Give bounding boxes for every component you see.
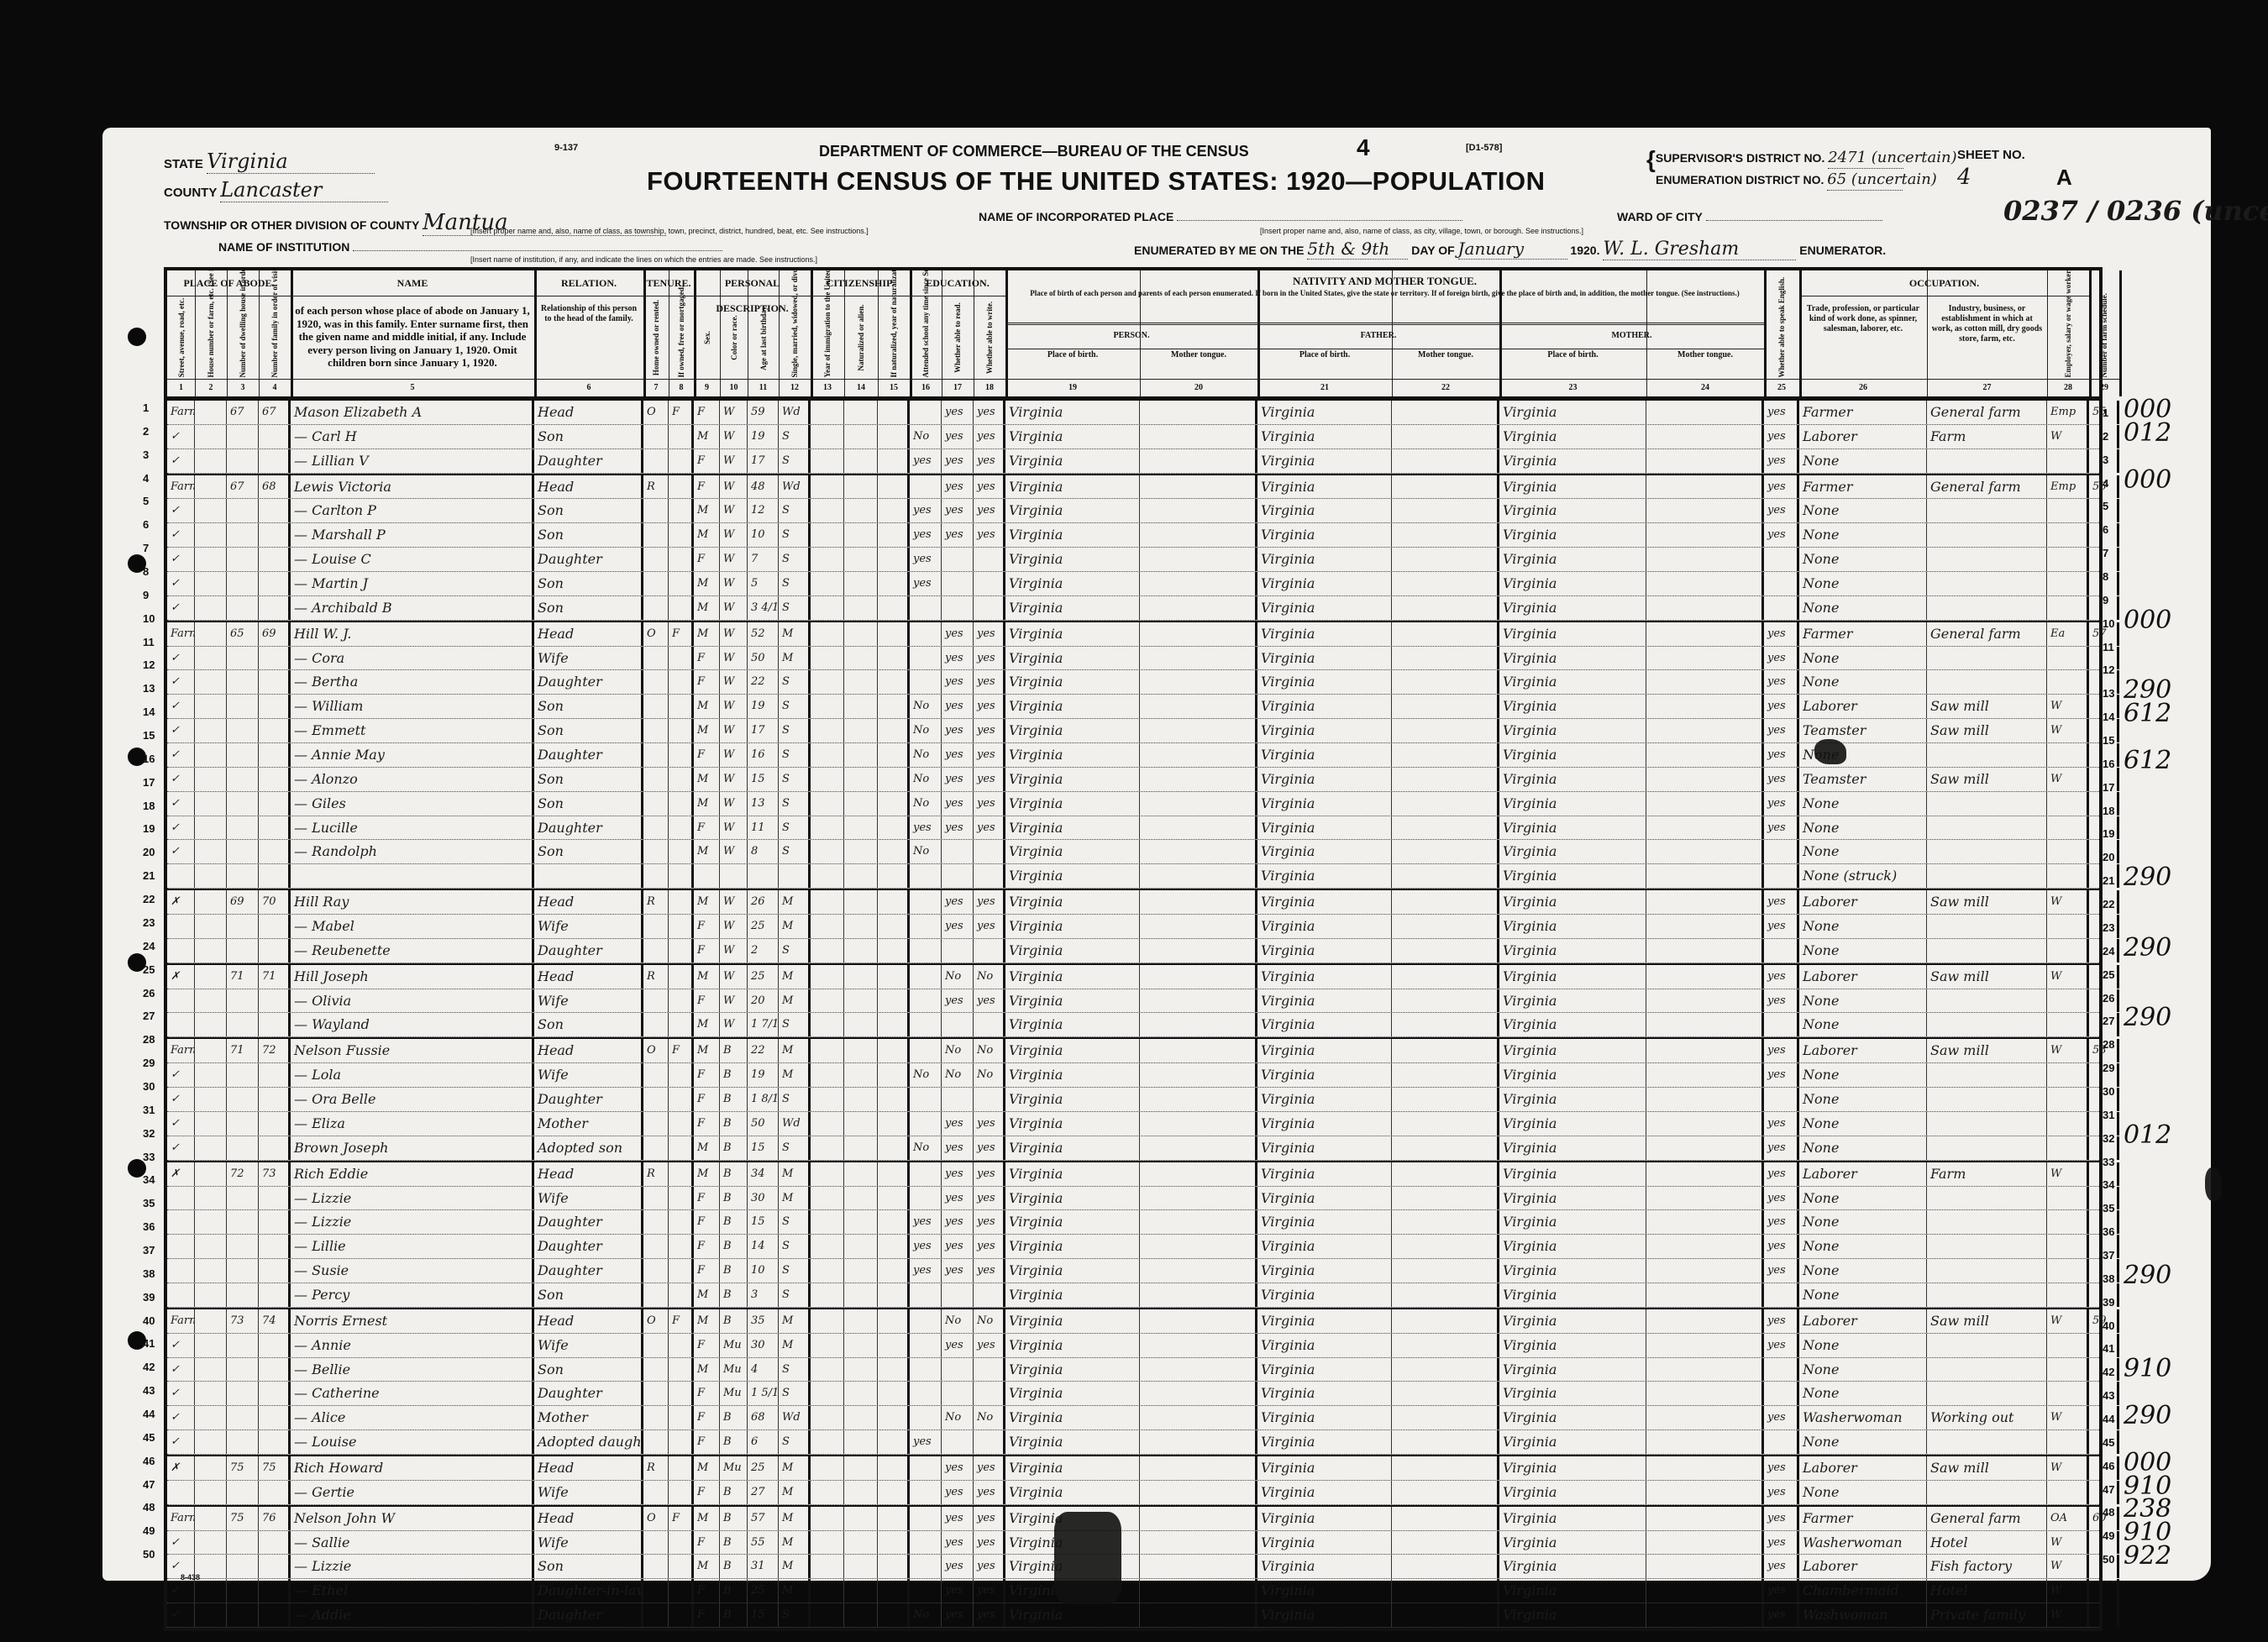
- cell-read: yes: [942, 1507, 974, 1530]
- cell-write: [974, 596, 1005, 620]
- cell-nat: [844, 989, 878, 1013]
- cell-write: No: [974, 1309, 1005, 1333]
- cell-free: [669, 1259, 694, 1283]
- cell-read: yes: [942, 1136, 974, 1160]
- cell-nat: [844, 1039, 878, 1062]
- cell-mbpt: [1646, 743, 1764, 767]
- line-number-right: 46: [2103, 1460, 2114, 1472]
- cell-ind: Saw mill: [1927, 695, 2047, 718]
- cell-eng: yes: [1764, 816, 1799, 840]
- cell-ind: [1927, 816, 2047, 840]
- cell-race: B: [720, 1309, 748, 1333]
- cell-school: [910, 1358, 942, 1382]
- cell-bp: Virginia: [1005, 989, 1140, 1013]
- cell-ms: S: [779, 1210, 811, 1234]
- cell-nat: [844, 1235, 878, 1258]
- cell-cls: [2047, 572, 2089, 595]
- cell-sex: M: [694, 1283, 720, 1307]
- cell-rel: Wife: [534, 1063, 643, 1087]
- cell-fbp: Virginia: [1257, 499, 1392, 522]
- cell-own: O: [643, 1507, 669, 1530]
- cell-free: [669, 449, 694, 473]
- cell-name: — Emmett: [291, 719, 534, 742]
- cell-age: 1 5/12: [748, 1382, 779, 1405]
- cell-school: yes: [910, 1430, 942, 1454]
- cell-street: ✓: [167, 1136, 195, 1160]
- cell-street: ✓: [167, 1358, 195, 1382]
- cell-nat: [844, 670, 878, 694]
- table-row: ✓— LolaWifeFB19MNoNoNoVirginiaVirginiaVi…: [167, 1063, 2099, 1088]
- cell-sex: F: [694, 1088, 720, 1111]
- cell-family: [227, 1088, 259, 1111]
- cell-bp: Virginia: [1005, 401, 1140, 424]
- cell-ind: [1927, 864, 2047, 888]
- cell-street: Farm: [167, 622, 195, 646]
- table-row: ✗7171Hill JosephHeadRMW25MNoNoVirginiaVi…: [167, 963, 2099, 989]
- ward-field: WARD OF CITY: [1617, 210, 1882, 223]
- cell-ind: [1927, 1481, 2047, 1504]
- enumerated-month: January: [1458, 239, 1567, 260]
- cell-family: 72: [227, 1162, 259, 1186]
- cell-bpt: [1140, 1136, 1257, 1160]
- cell-bpt: [1140, 622, 1257, 646]
- line-number-left: 35: [143, 1197, 155, 1209]
- cell-naty: [878, 840, 910, 863]
- line-number-left: 28: [143, 1033, 155, 1046]
- cell-school: [910, 1283, 942, 1307]
- cell-nat: [844, 647, 878, 670]
- column-label: Whether able to read.: [953, 298, 962, 378]
- cell-read: yes: [942, 449, 974, 473]
- cell-street: [167, 989, 195, 1013]
- cell-ind: Farm: [1927, 425, 2047, 449]
- cell-rel: Head: [534, 1162, 643, 1186]
- cell-name: — Reubenette: [291, 939, 534, 963]
- cell-occ: Farmer: [1799, 475, 1927, 499]
- cell-school: No: [910, 719, 942, 742]
- cell-mbp: Virginia: [1499, 548, 1646, 571]
- cell-bp: Virginia: [1005, 1382, 1140, 1405]
- cell-sex: M: [694, 596, 720, 620]
- cell-write: [974, 1358, 1005, 1382]
- cell-rel: Head: [534, 622, 643, 646]
- cell-nat: [844, 1210, 878, 1234]
- cell-name: — Lizzie: [291, 1555, 534, 1578]
- incorporated-label: NAME OF INCORPORATED PLACE: [979, 210, 1173, 223]
- cell-family: [227, 1430, 259, 1454]
- cell-ms: S: [779, 768, 811, 791]
- cell-bpt: [1140, 647, 1257, 670]
- cell-ms: M: [779, 1039, 811, 1062]
- cell-rel: Daughter: [534, 548, 643, 571]
- supervisor-value: 2471 (uncertain): [1828, 148, 1903, 169]
- cell-name: — Marshall P: [291, 523, 534, 547]
- cell-age: 10: [748, 1259, 779, 1283]
- cell-eng: yes: [1764, 425, 1799, 449]
- cell-bpt: [1140, 1013, 1257, 1036]
- cell-ind: [1927, 449, 2047, 473]
- cell-mbp: Virginia: [1499, 939, 1646, 963]
- cell-mbp: Virginia: [1499, 401, 1646, 424]
- cell-bpt: [1140, 1382, 1257, 1405]
- cell-sex: M: [694, 1309, 720, 1333]
- cell-fbpt: [1392, 1579, 1499, 1603]
- cell-eng: yes: [1764, 695, 1799, 718]
- cell-read: yes: [942, 743, 974, 767]
- cell-school: No: [910, 695, 942, 718]
- cell-mbpt: [1646, 1283, 1764, 1307]
- cell-ms: Wd: [779, 1406, 811, 1430]
- cell-ms: S: [779, 939, 811, 963]
- cell-imm: [811, 1259, 844, 1283]
- cell-nat: [844, 719, 878, 742]
- cell-imm: [811, 647, 844, 670]
- cell-mbpt: [1646, 1136, 1764, 1160]
- cell-own: [643, 572, 669, 595]
- cell-house: [195, 1235, 227, 1258]
- cell-name: — Gertie: [291, 1481, 534, 1504]
- cell-bp: Virginia: [1005, 719, 1140, 742]
- cell-house: [195, 1358, 227, 1382]
- cell-imm: [811, 1358, 844, 1382]
- cell-nat: [844, 548, 878, 571]
- cell-school: [910, 1481, 942, 1504]
- cell-fbp: Virginia: [1257, 425, 1392, 449]
- cell-bpt: [1140, 1358, 1257, 1382]
- enumeration-label: ENUMERATION DISTRICT NO.: [1656, 173, 1824, 186]
- cell-eng: yes: [1764, 989, 1799, 1013]
- cell-house: [195, 915, 227, 938]
- cell-ms: S: [779, 548, 811, 571]
- cell-cls: [2047, 1013, 2089, 1036]
- cell-ind: [1927, 1235, 2047, 1258]
- cell-fbpt: [1392, 523, 1499, 547]
- cell-name: Hill Joseph: [291, 965, 534, 989]
- cell-bp: Virginia: [1005, 695, 1140, 718]
- line-number-right: 21: [2103, 874, 2114, 887]
- cell-race: W: [720, 1013, 748, 1036]
- cell-rel: Son: [534, 499, 643, 522]
- cell-street: ✓: [167, 695, 195, 718]
- cell-read: yes: [942, 1531, 974, 1555]
- cell-fam2: 72: [259, 1039, 291, 1062]
- cell-family: [227, 548, 259, 571]
- cell-ms: S: [779, 1358, 811, 1382]
- cell-age: 19: [748, 1063, 779, 1087]
- cell-mbp: Virginia: [1499, 792, 1646, 816]
- line-number-right: 9: [2103, 594, 2108, 606]
- cell-occ: None: [1799, 1430, 1927, 1454]
- cell-race: W: [720, 743, 748, 767]
- cell-rel: Son: [534, 768, 643, 791]
- cell-age: 13: [748, 792, 779, 816]
- cell-rel: Daughter: [534, 1235, 643, 1258]
- cell-bp: Virginia: [1005, 572, 1140, 595]
- cell-mbp: Virginia: [1499, 1136, 1646, 1160]
- cell-bp: Virginia: [1005, 792, 1140, 816]
- column-label: Number of dwelling house in order of vis…: [239, 298, 247, 378]
- cell-eng: yes: [1764, 1579, 1799, 1603]
- cell-bpt: [1140, 1334, 1257, 1357]
- cell-read: [942, 1430, 974, 1454]
- cell-mbp: Virginia: [1499, 596, 1646, 620]
- table-row: — OliviaWifeFW20MyesyesVirginiaVirginiaV…: [167, 989, 2099, 1014]
- cell-ind: [1927, 572, 2047, 595]
- cell-ind: [1927, 915, 2047, 938]
- cell-fam2: [259, 1112, 291, 1136]
- cell-ind: [1927, 1430, 2047, 1454]
- cell-imm: [811, 1603, 844, 1627]
- cell-family: [227, 523, 259, 547]
- cell-mbp: Virginia: [1499, 1579, 1646, 1603]
- cell-eng: yes: [1764, 1603, 1799, 1627]
- cell-sex: M: [694, 523, 720, 547]
- cell-read: yes: [942, 989, 974, 1013]
- cell-ind: [1927, 499, 2047, 522]
- cell-ind: General farm: [1927, 401, 2047, 424]
- census-rows: Farm6767Mason Elizabeth AHeadOFFW59Wdyes…: [167, 399, 2099, 1628]
- cell-fam2: [259, 1063, 291, 1087]
- table-row: Farm7374Norris ErnestHeadOFMB35MNoNoVirg…: [167, 1308, 2099, 1334]
- cell-mbp: Virginia: [1499, 1430, 1646, 1454]
- cell-naty: [878, 1112, 910, 1136]
- cell-mbpt: [1646, 816, 1764, 840]
- cell-ind: [1927, 1088, 2047, 1111]
- cell-write: [974, 572, 1005, 595]
- cell-fam2: [259, 1088, 291, 1111]
- cell-ind: [1927, 1259, 2047, 1283]
- cell-sex: F: [694, 1259, 720, 1283]
- column-number: 13: [811, 379, 844, 396]
- cell-mbp: Virginia: [1499, 768, 1646, 791]
- cell-school: yes: [910, 572, 942, 595]
- cell-sex: F: [694, 1334, 720, 1357]
- cell-fbp: Virginia: [1257, 449, 1392, 473]
- cell-mbp: Virginia: [1499, 1382, 1646, 1405]
- cell-family: [227, 768, 259, 791]
- cell-read: yes: [942, 401, 974, 424]
- table-row: ✓— AnnieWifeFMu30MyesyesVirginiaVirginia…: [167, 1334, 2099, 1358]
- cell-nat: [844, 915, 878, 938]
- cell-ind: Working out: [1927, 1406, 2047, 1430]
- cell-imm: [811, 622, 844, 646]
- cell-imm: [811, 1555, 844, 1578]
- cell-write: yes: [974, 1210, 1005, 1234]
- line-number-left: 33: [143, 1151, 155, 1163]
- cell-name: — Lillie: [291, 1235, 534, 1258]
- cell-ms: M: [779, 1579, 811, 1603]
- cell-name: — Alonzo: [291, 768, 534, 791]
- cell-fam2: [259, 523, 291, 547]
- cell-school: yes: [910, 449, 942, 473]
- cell-ind: [1927, 1283, 2047, 1307]
- cell-nat: [844, 499, 878, 522]
- cell-naty: [878, 1210, 910, 1234]
- cell-name: — Sallie: [291, 1531, 534, 1555]
- cell-fbpt: [1392, 1481, 1499, 1504]
- cell-bpt: [1140, 915, 1257, 938]
- cell-name: — Louise: [291, 1430, 534, 1454]
- enumerator-label: ENUMERATOR.: [1799, 244, 1886, 257]
- cell-mbpt: [1646, 695, 1764, 718]
- cell-cls: W: [2047, 1531, 2089, 1555]
- cell-mbpt: [1646, 840, 1764, 863]
- cell-fbp: Virginia: [1257, 768, 1392, 791]
- cell-ms: S: [779, 792, 811, 816]
- column-number: 22: [1392, 379, 1499, 396]
- cell-race: W: [720, 915, 748, 938]
- cell-imm: [811, 548, 844, 571]
- cell-age: 22: [748, 1039, 779, 1062]
- cell-mbp: Virginia: [1499, 840, 1646, 863]
- cell-own: [643, 1283, 669, 1307]
- column-label: Home owned or rented.: [652, 298, 660, 378]
- cell-fbpt: [1392, 864, 1499, 888]
- cell-house: [195, 499, 227, 522]
- cell-rel: Son: [534, 719, 643, 742]
- line-number-right: 7: [2103, 547, 2108, 559]
- cell-race: B: [720, 1481, 748, 1504]
- column-number: 7: [643, 379, 669, 396]
- cell-free: [669, 915, 694, 938]
- column-label: If owned, free or mortgaged.: [677, 298, 685, 378]
- cell-family: 71: [227, 965, 259, 989]
- cell-ms: [779, 864, 811, 888]
- cell-cls: W: [2047, 1603, 2089, 1627]
- form-number: 9-137: [554, 143, 578, 153]
- table-row: ✓— AliceMotherFB68WdNoNoVirginiaVirginia…: [167, 1406, 2099, 1430]
- cell-own: [643, 499, 669, 522]
- occupation-code: 012: [2124, 418, 2171, 448]
- cell-nat: [844, 1603, 878, 1627]
- cell-sex: F: [694, 989, 720, 1013]
- cell-nat: [844, 401, 878, 424]
- cell-name: — Martin J: [291, 572, 534, 595]
- cell-family: 73: [227, 1309, 259, 1333]
- cell-fam2: [259, 743, 291, 767]
- cell-naty: [878, 401, 910, 424]
- cell-fbp: Virginia: [1257, 1382, 1392, 1405]
- cell-naty: [878, 1481, 910, 1504]
- cell-naty: [878, 1088, 910, 1111]
- cell-ms: M: [779, 890, 811, 914]
- cell-street: ✗: [167, 965, 195, 989]
- cell-naty: [878, 1259, 910, 1283]
- cell-house: [195, 1039, 227, 1062]
- cell-mbp: Virginia: [1499, 890, 1646, 914]
- cell-rel: Son: [534, 523, 643, 547]
- cell-sex: F: [694, 1235, 720, 1258]
- cell-family: [227, 647, 259, 670]
- cell-house: [195, 939, 227, 963]
- cell-fbpt: [1392, 425, 1499, 449]
- cell-own: [643, 1579, 669, 1603]
- cell-rel: Mother: [534, 1406, 643, 1430]
- cell-own: [643, 1430, 669, 1454]
- cell-write: [974, 840, 1005, 863]
- cell-write: yes: [974, 1136, 1005, 1160]
- cell-race: W: [720, 965, 748, 989]
- cell-school: [910, 1039, 942, 1062]
- cell-street: ✗: [167, 1162, 195, 1186]
- cell-sex: F: [694, 1210, 720, 1234]
- cell-race: W: [720, 647, 748, 670]
- cell-imm: [811, 596, 844, 620]
- cell-fbpt: [1392, 1334, 1499, 1357]
- cell-mbpt: [1646, 1603, 1764, 1627]
- cell-house: [195, 670, 227, 694]
- cell-imm: [811, 864, 844, 888]
- cell-name: Rich Howard: [291, 1456, 534, 1480]
- cell-family: [227, 1406, 259, 1430]
- cell-eng: [1764, 596, 1799, 620]
- column-number: 5: [291, 379, 534, 396]
- cell-naty: [878, 1430, 910, 1454]
- binder-hole: [128, 328, 146, 346]
- cell-imm: [811, 915, 844, 938]
- cell-mbp: Virginia: [1499, 670, 1646, 694]
- cell-family: [227, 425, 259, 449]
- sheet-label: SHEET NO.: [1957, 148, 2025, 162]
- cell-eng: [1764, 1382, 1799, 1405]
- cell-free: [669, 1088, 694, 1111]
- cell-mbp: Virginia: [1499, 915, 1646, 938]
- cell-nat: [844, 816, 878, 840]
- cell-eng: [1764, 1358, 1799, 1382]
- cell-age: 3: [748, 1283, 779, 1307]
- cell-imm: [811, 401, 844, 424]
- column-number: 11: [748, 379, 779, 396]
- cell-naty: [878, 622, 910, 646]
- cell-school: [910, 1555, 942, 1578]
- cell-own: [643, 816, 669, 840]
- cell-mbp: Virginia: [1499, 965, 1646, 989]
- line-number-right: 6: [2103, 523, 2108, 536]
- line-number-right: 4: [2103, 477, 2108, 490]
- cell-free: [669, 890, 694, 914]
- cell-bp: Virginia: [1005, 1358, 1140, 1382]
- cell-family: 69: [227, 890, 259, 914]
- cell-write: yes: [974, 1112, 1005, 1136]
- cell-mbp: Virginia: [1499, 1259, 1646, 1283]
- cell-fam2: [259, 695, 291, 718]
- cell-mbpt: [1646, 1358, 1764, 1382]
- cell-bpt: [1140, 1309, 1257, 1333]
- cell-naty: [878, 1603, 910, 1627]
- cell-write: [974, 1088, 1005, 1111]
- cell-race: W: [720, 890, 748, 914]
- cell-imm: [811, 719, 844, 742]
- cell-rel: Son: [534, 792, 643, 816]
- cell-age: 17: [748, 719, 779, 742]
- cell-name: — Lucille: [291, 816, 534, 840]
- cell-fbp: Virginia: [1257, 1406, 1392, 1430]
- cell-school: No: [910, 1603, 942, 1627]
- cell-house: [195, 449, 227, 473]
- cell-name: — Archibald B: [291, 596, 534, 620]
- cell-school: [910, 1187, 942, 1210]
- cell-sex: F: [694, 1579, 720, 1603]
- cell-fbp: Virginia: [1257, 1039, 1392, 1062]
- table-row: ✓— Archibald BSonMW3 4/12SVirginiaVirgin…: [167, 596, 2099, 621]
- footer-code: 8-438: [181, 1573, 200, 1582]
- cell-nat: [844, 768, 878, 791]
- cell-fbpt: [1392, 548, 1499, 571]
- cell-name: — Eliza: [291, 1112, 534, 1136]
- cell-rel: Head: [534, 1456, 643, 1480]
- table-row: ✗7575Rich HowardHeadRMMu25MyesyesVirgini…: [167, 1455, 2099, 1481]
- cell-mbp: Virginia: [1499, 1309, 1646, 1333]
